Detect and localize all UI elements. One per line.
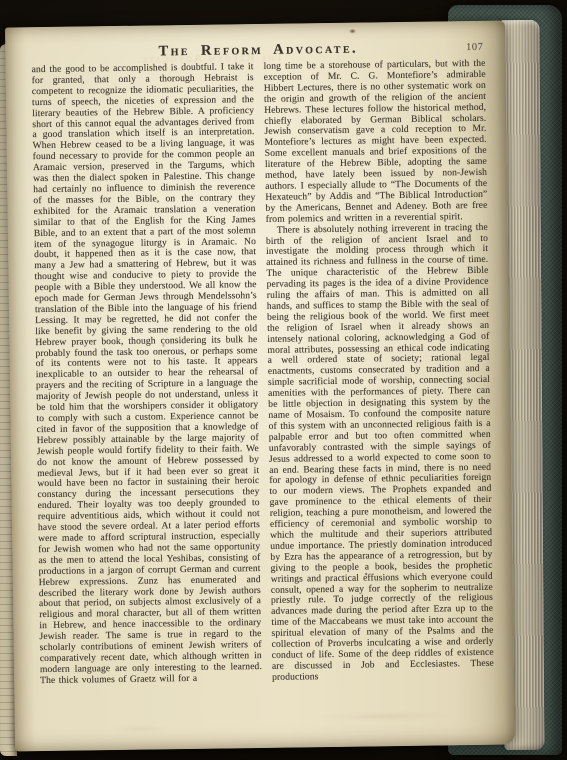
paragraph-continuation: long time be a storehouse of particulars… [263, 59, 487, 226]
page-content: The Reform Advocate. 107 and the good to… [5, 21, 515, 752]
journal-title: The Reform Advocate. [158, 41, 358, 61]
page-number: 107 [466, 42, 483, 53]
running-head: The Reform Advocate. 107 [31, 37, 485, 61]
text-columns: and the good to be accomplished is doubt… [31, 59, 494, 687]
text-column-right: long time be a storehouse of particulars… [263, 59, 494, 684]
paragraph: There is absolutely nothing irreverent i… [266, 222, 494, 683]
text-column-left: and the good to be accomplished is doubt… [31, 62, 262, 687]
bleed-through-smudge [111, 725, 171, 732]
ink-stain [349, 29, 356, 34]
book-page: The Reform Advocate. The Reform Advocate… [5, 21, 515, 752]
bleed-through-smudge [315, 711, 455, 721]
paragraph-continuation: and the good to be accomplished is doubt… [31, 62, 262, 687]
scanned-book-photo: The Reform Advocate. The Reform Advocate… [0, 0, 567, 760]
